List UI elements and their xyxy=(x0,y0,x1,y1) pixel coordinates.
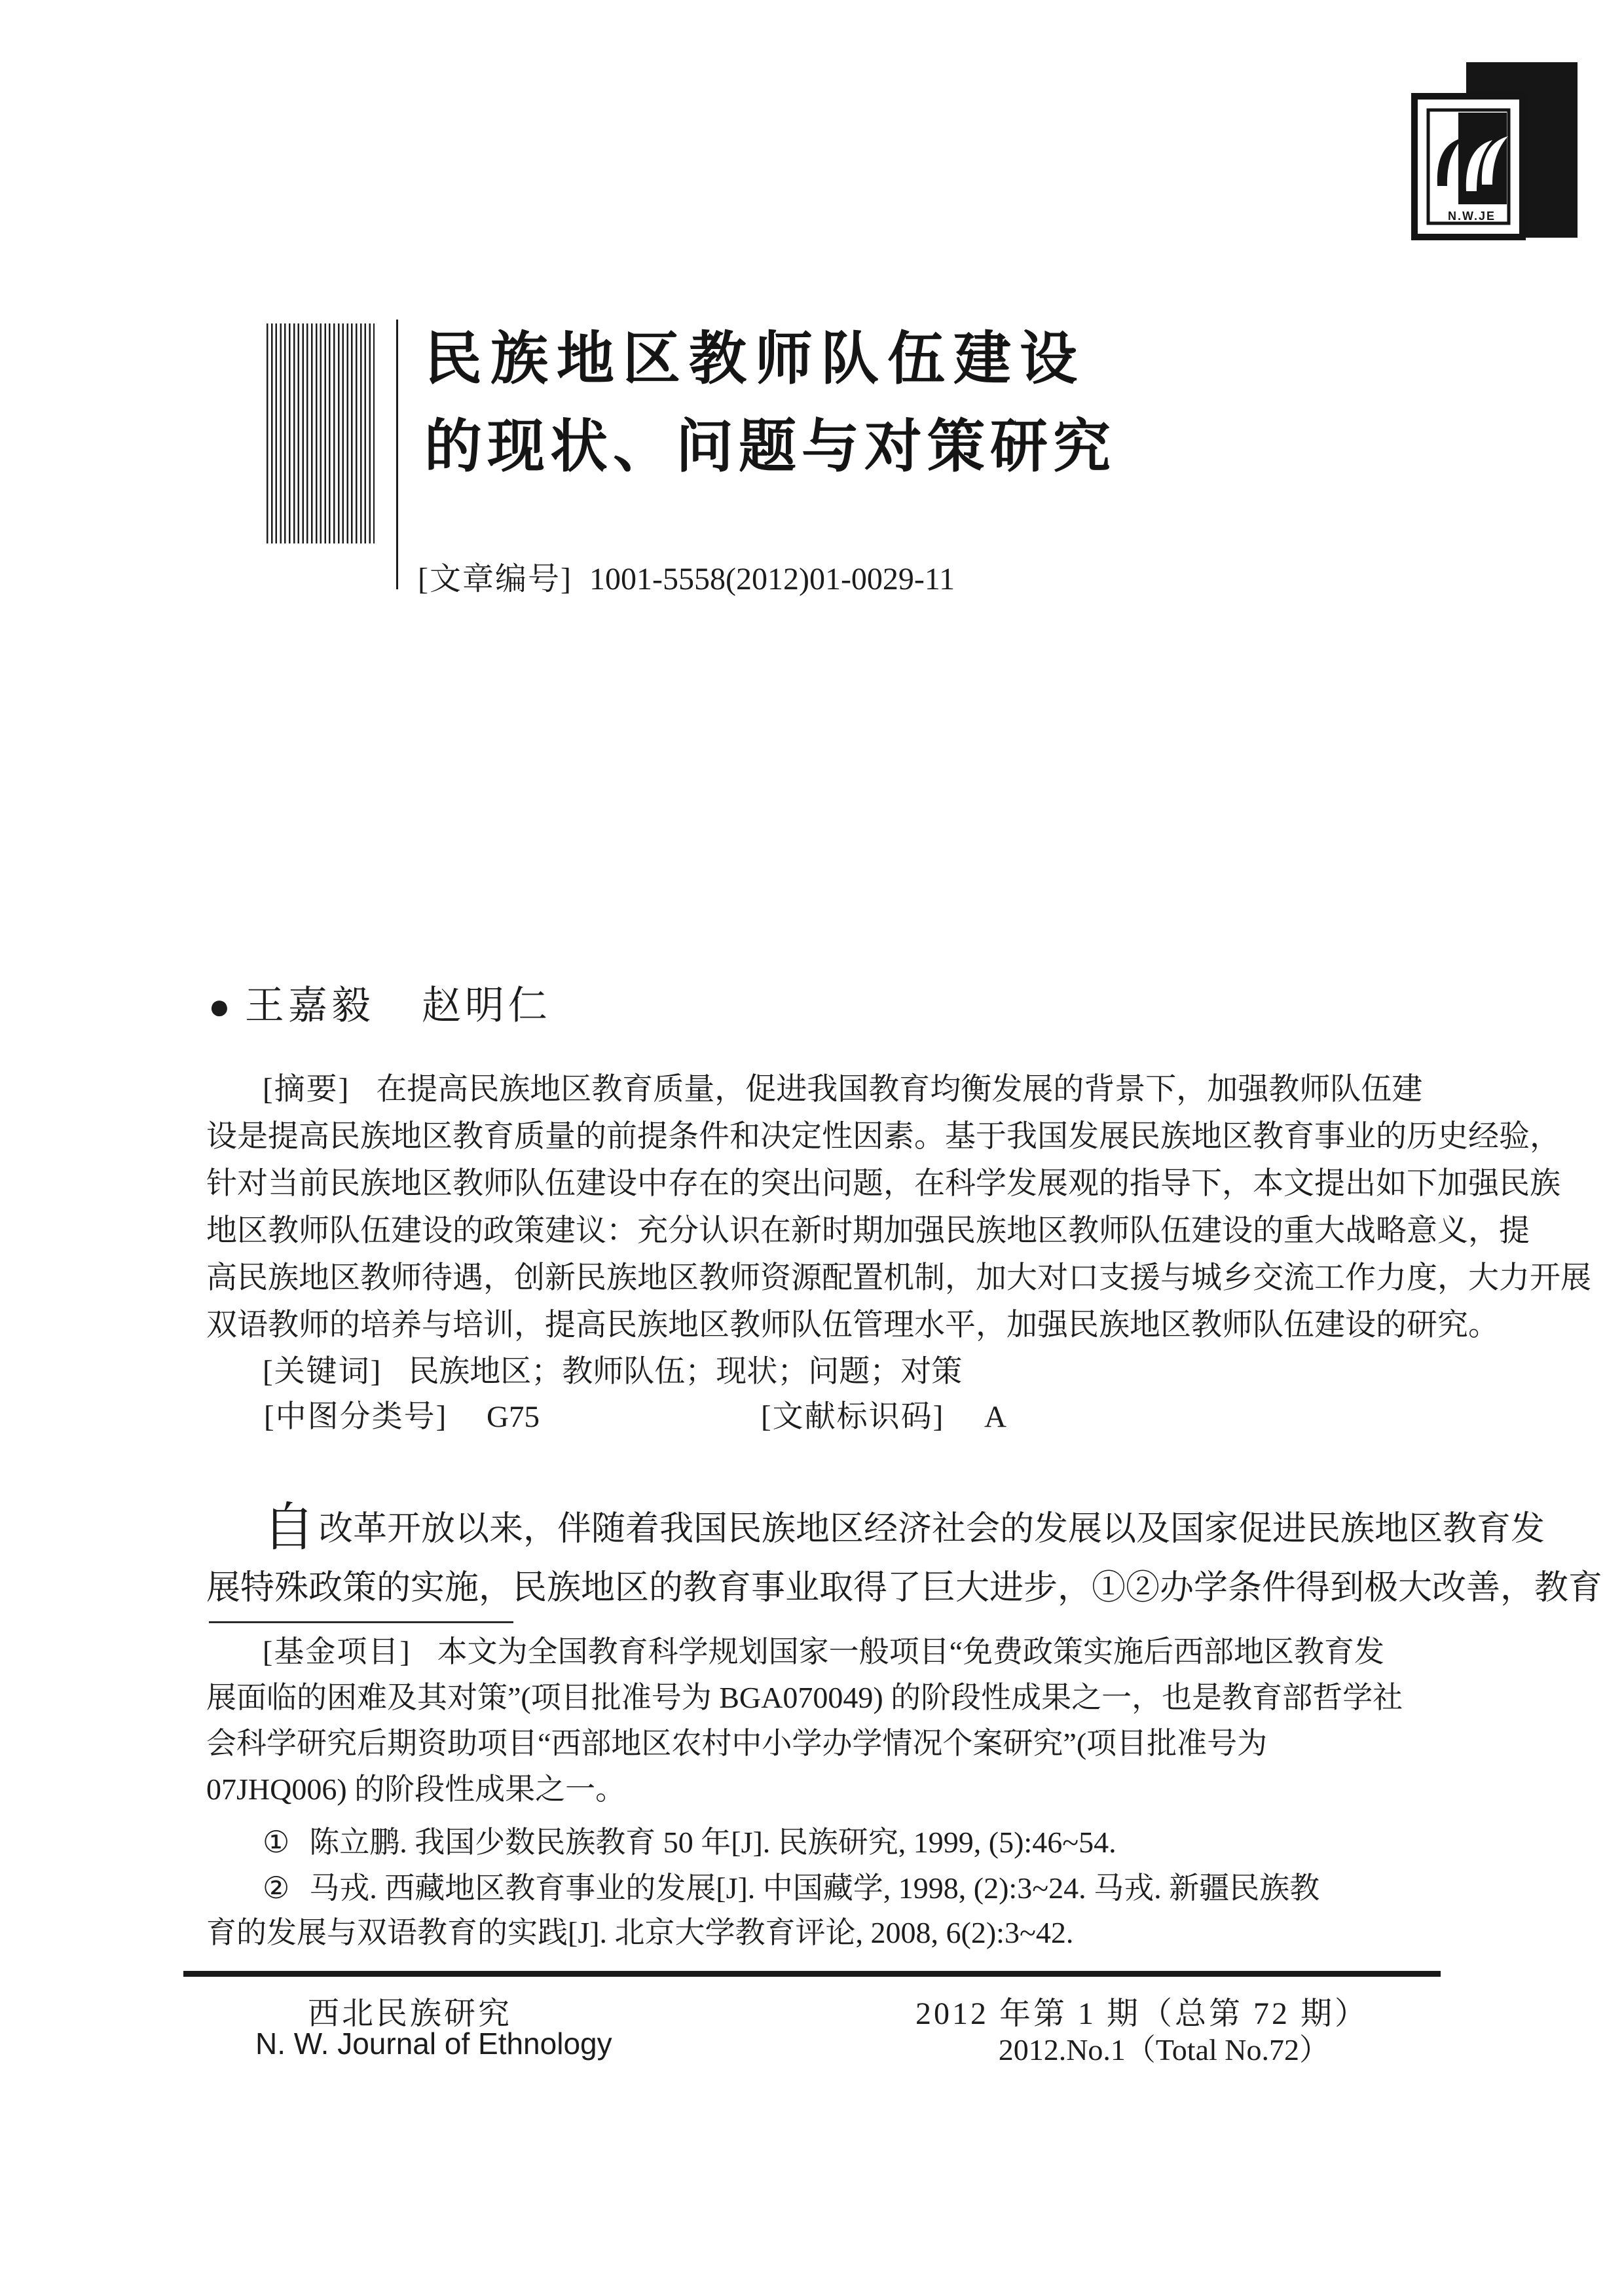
footnote-2-text-1: 马戎. 西藏地区教育事业的发展[J]. 中国藏学, 1998, (2):3~24… xyxy=(309,1871,1319,1905)
body-line-1: 自改革开放以来，伴随着我国民族地区经济社会的发展以及国家促进民族地区教育发 xyxy=(206,1500,1497,1559)
journal-name-en: N. W. Journal of Ethnology xyxy=(255,2026,612,2069)
abstract-line-4: 地区教师队伍建设的政策建议：充分认识在新时期加强民族地区教师队伍建设的重大战略意… xyxy=(206,1207,1441,1255)
footnote-1-marker: ① xyxy=(263,1826,289,1859)
footnote-2-line-1: ②马戎. 西藏地区教育事业的发展[J]. 中国藏学, 1998, (2):3~2… xyxy=(206,1865,1497,1911)
fund-note-line-2: 展面临的困难及其对策”(项目批准号为 BGA070049) 的阶段性成果之一，也… xyxy=(206,1675,1441,1721)
abstract-line-5: 高民族地区教师待遇，创新民族地区教师资源配置机制，加大对口支援与城乡交流工作力度… xyxy=(206,1255,1441,1302)
abstract-line-1: [摘要]在提高民族地区教育质量，促进我国教育均衡发展的背景下，加强教师队伍建 xyxy=(206,1066,1497,1113)
fund-note-line-3: 会科学研究后期资助项目“西部地区农村中小学办学情况个案研究”(项目批准号为 xyxy=(206,1721,1441,1767)
logo-acronym-text: N.W.JE xyxy=(1448,210,1496,223)
footer-row-2: N. W. Journal of Ethnology 2012.No.1（Tot… xyxy=(183,2026,1441,2069)
article-number-label: [文章编号] xyxy=(418,562,572,597)
abstract-line-6: 双语教师的培养与培训，提高民族地区教师队伍管理水平，加强民族地区教师队伍建设的研… xyxy=(206,1302,1441,1349)
fund-note-text-1: 本文为全国教育科学规划国家一般项目“免费政策实施后西部地区教育发 xyxy=(437,1635,1384,1668)
keywords-line: [关键词]民族地区；教师队伍；现状；问题；对策 xyxy=(206,1348,1497,1395)
abstract-line-3: 针对当前民族地区教师队伍建设中存在的突出问题，在科学发展观的指导下，本文提出如下… xyxy=(206,1160,1441,1207)
author-name-1: 王嘉毅 xyxy=(245,984,375,1027)
footnote-1: ①陈立鹏. 我国少数民族教育 50 年[J]. 民族研究, 1999, (5):… xyxy=(206,1820,1497,1865)
article-title-line1: 民族地区教师队伍建设 xyxy=(424,313,1086,395)
footnote-2-marker: ② xyxy=(263,1871,289,1905)
author-bullet-icon: ● xyxy=(208,987,234,1027)
body-line-2: 展特殊政策的实施，民族地区的教育事业取得了巨大进步，①②办学条件得到极大改善，教… xyxy=(206,1559,1441,1618)
author-line: ●王嘉毅赵明仁 xyxy=(208,974,551,1031)
fund-note-line-4: 07JHQ006) 的阶段性成果之一。 xyxy=(206,1767,1441,1812)
abstract-text-1: 在提高民族地区教育质量，促进我国教育均衡发展的背景下，加强教师队伍建 xyxy=(376,1073,1422,1107)
abstract-line-2: 设是提高民族地区教育质量的前提条件和决定性因素。基于我国发展民族地区教育事业的历… xyxy=(206,1113,1441,1160)
title-divider-line xyxy=(396,320,398,589)
paper-page: N.W.JE 民族地区教师队伍建设 的现状、问题与对策研究 [文章编号]1001… xyxy=(0,0,1624,2295)
abstract-label: [摘要] xyxy=(263,1073,350,1107)
keywords-value: 民族地区；教师队伍；现状；问题；对策 xyxy=(408,1355,962,1389)
clc-label: [中图分类号] xyxy=(264,1393,447,1441)
document-code-label: [文献标识码] xyxy=(761,1393,944,1441)
footer-rule xyxy=(183,1971,1441,1977)
article-title-line2: 的现状、问题与对策研究 xyxy=(424,401,1116,483)
document-code-value: A xyxy=(984,1393,1006,1441)
title-stripe-ornament xyxy=(267,323,375,543)
footnote-2-line-2: 育的发展与双语教育的实践[J]. 北京大学教育评论, 2008, 6(2):3~… xyxy=(206,1910,1441,1956)
fund-note-label: [基金项目] xyxy=(263,1635,411,1668)
article-number-value: 1001-5558(2012)01-0029-11 xyxy=(589,562,955,597)
fund-note-line-1: [基金项目]本文为全国教育科学规划国家一般项目“免费政策实施后西部地区教育发 xyxy=(206,1629,1497,1675)
classification-row: [中图分类号] G75 [文献标识码] A xyxy=(206,1393,1441,1441)
issue-info-en: 2012.No.1（Total No.72） xyxy=(999,2026,1329,2069)
body-text-1: 改革开放以来，伴随着我国民族地区经济社会的发展以及国家促进民族地区教育发 xyxy=(319,1511,1545,1548)
footnote-separator-line xyxy=(209,1621,513,1623)
clc-value: G75 xyxy=(487,1393,540,1441)
keywords-label: [关键词] xyxy=(263,1355,382,1389)
journal-emblem-icon: N.W.JE xyxy=(1411,93,1526,240)
drop-cap: 自 xyxy=(263,1499,315,1557)
article-number: [文章编号]1001-5558(2012)01-0029-11 xyxy=(418,553,955,598)
author-name-2: 赵明仁 xyxy=(422,984,551,1027)
footnote-1-text: 陈立鹏. 我国少数民族教育 50 年[J]. 民族研究, 1999, (5):4… xyxy=(309,1826,1116,1859)
